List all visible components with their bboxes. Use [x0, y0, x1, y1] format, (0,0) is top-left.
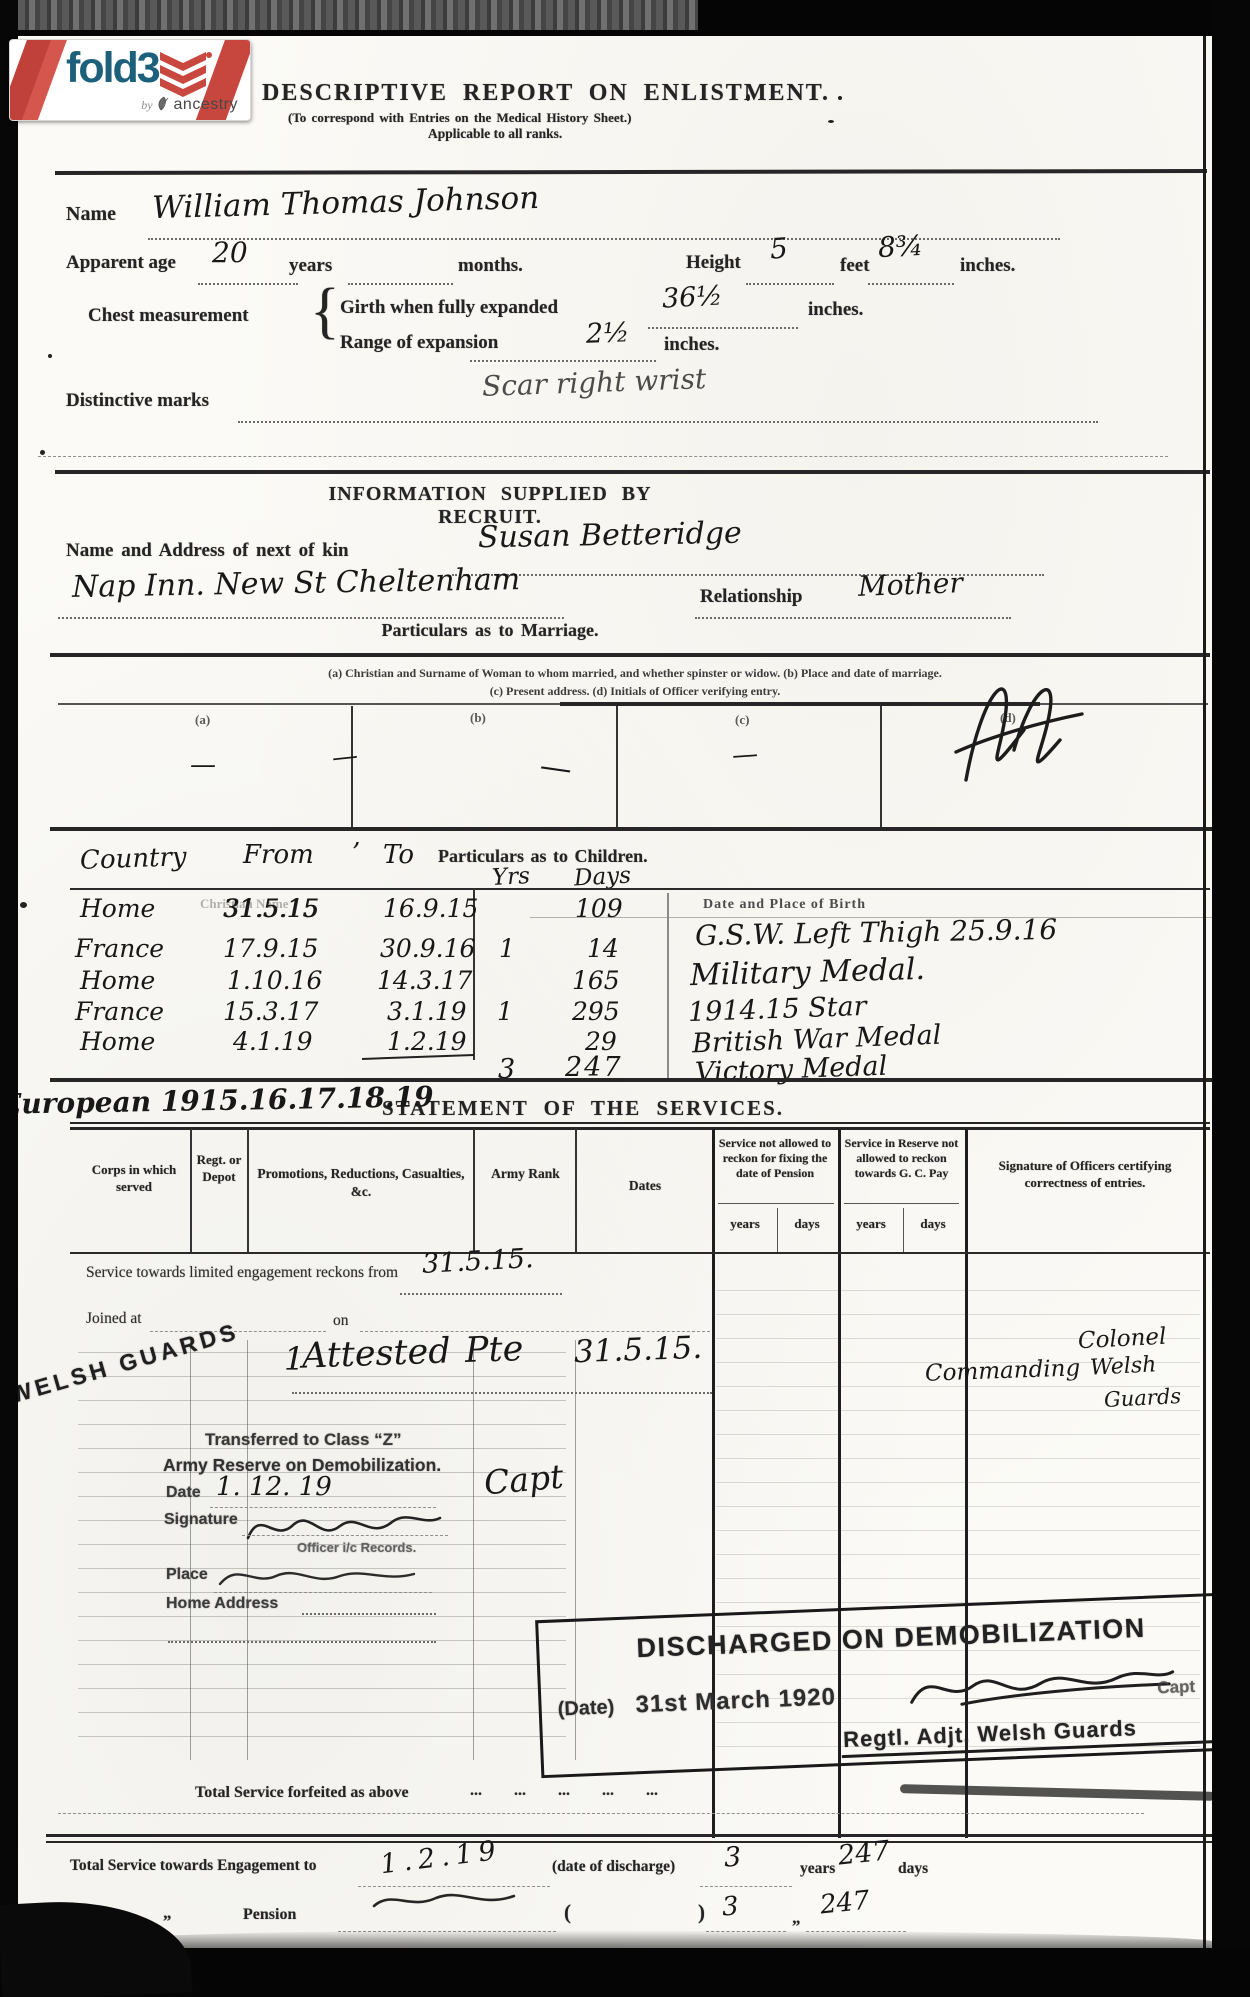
pension-days-value: 247	[819, 1885, 872, 1920]
row-from: 17.9.15	[223, 934, 318, 963]
row-country: Home	[80, 1027, 155, 1056]
transfer-place-underline	[214, 1592, 432, 1593]
relationship-label: Relationship	[700, 586, 802, 608]
col-regt: Regt. or Depot	[192, 1152, 246, 1186]
heavy-rule-4	[50, 827, 1212, 831]
row-to: 1.2.19	[387, 1027, 467, 1056]
attested-underline	[292, 1392, 712, 1394]
officer-commanding: Commanding	[925, 1355, 1081, 1386]
service-col-yrs: Yrs	[491, 863, 530, 891]
engagement-years-value: 3	[723, 1841, 742, 1873]
date-of-discharge-label: (date of discharge)	[552, 1858, 675, 1876]
inches-label: inches.	[960, 255, 1015, 277]
pension-label: Pension	[243, 1906, 296, 1924]
relationship-underline	[695, 617, 1011, 619]
apparent-age-label: Apparent age	[66, 252, 176, 274]
scan-speck	[20, 902, 27, 908]
document-subtitle2: Applicable to all ranks.	[428, 126, 562, 142]
row-to: 3.1.19	[387, 997, 467, 1026]
service-row: Home 1.10.16 14.3.17 165	[75, 966, 635, 1000]
discharge-date-value: 31st March 1920	[635, 1683, 836, 1719]
row-from: 31.5.15	[223, 894, 318, 923]
row-country: France	[75, 934, 164, 963]
scan-edge-right	[1212, 0, 1250, 1997]
medal-note-1: Military Medal.	[690, 952, 926, 993]
officer-rank: Colonel	[1077, 1324, 1167, 1355]
heavy-rule-2	[55, 470, 1210, 474]
discharge-signature-scribble	[900, 1643, 1182, 1716]
scan-edge-left	[0, 0, 18, 1997]
byline-prefix: by	[141, 98, 152, 112]
years-label: years	[289, 255, 332, 277]
scan-noise-top	[18, 0, 698, 30]
spacer-dotted-line	[38, 456, 1168, 457]
services-heading: STATEMENT OF THE SERVICES.	[382, 1096, 784, 1121]
age-underline	[198, 283, 298, 285]
table-top-rule-2	[70, 1127, 1210, 1130]
chest-label: Chest measurement	[88, 305, 249, 327]
girth-value: 36½	[661, 280, 723, 314]
officer-initials-signature	[952, 652, 1087, 807]
attested-date: 31.5.15.	[573, 1330, 702, 1370]
scan-speck	[838, 96, 842, 100]
girth-underline	[648, 327, 798, 329]
row-country: Home	[80, 966, 155, 995]
birth-label: Date and Place of Birth	[703, 897, 866, 913]
marriage-divider-3	[880, 706, 882, 828]
months-underline	[348, 283, 453, 285]
reckons-underline	[400, 1293, 562, 1295]
transfer-place-scribble	[214, 1556, 422, 1594]
logo-byline: by ancestry	[10, 96, 238, 114]
children-header-rule	[70, 888, 1210, 890]
pension-years-value: 3	[721, 1891, 740, 1922]
girth-label: Girth when fully expanded	[340, 297, 558, 319]
marriage-col-a: (a)	[195, 712, 210, 728]
row-days: 14	[587, 934, 619, 963]
pension-years-label: years	[716, 1216, 774, 1232]
scan-speck	[828, 120, 834, 123]
engagement-label: Total Service towards Engagement to	[70, 1857, 317, 1875]
row-from: 15.3.17	[223, 997, 318, 1026]
bottom-heavy-rule-1	[46, 1834, 1214, 1837]
reserve-years-days-divider	[903, 1208, 904, 1252]
pension-paren-close: )	[698, 1900, 705, 1925]
fold3-chevrons-icon	[158, 52, 212, 98]
discharge-stamp: DISCHARGED ON DEMOBILIZATION (Date) 31st…	[535, 1592, 1250, 1778]
marriage-heading: Particulars as to Marriage.	[330, 620, 650, 641]
service-col-from: From	[243, 840, 314, 870]
rank-entry: Pte	[464, 1329, 524, 1371]
kin-name-value: Susan Betteridge	[478, 516, 742, 556]
reckons-label: Service towards limited engagement recko…	[86, 1264, 398, 1282]
height-feet-value: 5	[769, 231, 789, 265]
service-col-country: Country	[80, 842, 188, 876]
marriage-divider-2	[616, 706, 618, 828]
home-address-label: Home Address	[166, 1595, 278, 1613]
inches-underline	[868, 283, 954, 285]
row-yrs: 1	[499, 934, 515, 963]
document-title: DESCRIPTIVE REPORT ON ENLISTMENT.	[262, 80, 830, 107]
kin-label: Name and Address of next of kin	[66, 540, 349, 562]
pension-ditto-single: „	[792, 1908, 801, 1928]
service-col-tick: ’	[352, 838, 360, 868]
home-address-dots	[302, 1613, 436, 1615]
wound-note: G.S.W. Left Thigh 25.9.16	[695, 913, 1058, 952]
reserve-sub-rule	[844, 1203, 959, 1204]
forfeited-underline	[58, 1813, 1144, 1814]
officer-unit-2: Guards	[1103, 1384, 1181, 1412]
table-divider	[473, 1129, 475, 1252]
chest-brace: {	[310, 276, 340, 347]
col-reserve: Service in Reserve not allowed to reckon…	[840, 1136, 963, 1181]
fold3-wordmark: fold3	[66, 44, 159, 93]
row-to: 14.3.17	[377, 966, 472, 995]
heavy-rule-5	[50, 1078, 1212, 1082]
fold3-watermark: fold3 by ancestry	[10, 40, 250, 120]
pension-row-squiggle	[368, 1886, 520, 1912]
col-dates: Dates	[580, 1178, 710, 1194]
name-underline	[148, 238, 1060, 240]
attested-entry: Attested	[301, 1331, 451, 1376]
row-to: 16.9.15	[383, 894, 478, 923]
forfeited-label: Total Service forfeited as above	[195, 1784, 409, 1802]
table-divider	[247, 1129, 249, 1252]
bottom-heavy-rule-2	[46, 1841, 1214, 1843]
row-days: 295	[572, 997, 620, 1026]
marriage-dash-b: —	[331, 741, 360, 774]
range-underline	[470, 360, 656, 362]
transfer-signature-label: Signature	[164, 1511, 238, 1529]
reserve-years-label: years	[842, 1216, 900, 1232]
row-country: France	[75, 997, 164, 1026]
marriage-col-c: (c)	[735, 712, 749, 728]
height-inches-value: 8¾	[877, 229, 924, 264]
discharge-date-label: (Date)	[557, 1696, 615, 1721]
col-corps: Corps in which served	[80, 1162, 188, 1196]
col-signature: Signature of Officers certifying correct…	[970, 1158, 1200, 1192]
days-unit-label: days	[898, 1860, 928, 1878]
officer-unit-1: Welsh	[1089, 1352, 1157, 1380]
row-days: 165	[572, 966, 620, 995]
pension-days-label: days	[780, 1216, 834, 1232]
table-header-bottom-rule	[70, 1252, 1210, 1254]
scanned-enlistment-document: { "logo": { "brand": "fold3", "byline_pr…	[0, 0, 1250, 1997]
marriage-col-b: (b)	[470, 710, 486, 726]
engagement-days-value: 247	[837, 1835, 892, 1871]
row-days: 109	[575, 894, 623, 923]
children-section-divider	[667, 893, 669, 1078]
scan-speck	[48, 354, 52, 358]
forfeited-dots: ... ... ... ... ...	[470, 1782, 658, 1800]
service-col-to: To	[383, 840, 414, 870]
document-subtitle: (To correspond with Entries on the Medic…	[288, 110, 632, 126]
marriage-dash-c: —	[538, 746, 575, 788]
pension-paren-open: (	[564, 1900, 571, 1925]
service-row: Home 31.5.15 16.9.15 109	[75, 894, 635, 928]
height-label: Height	[686, 252, 741, 274]
pension-years-days-divider	[777, 1208, 778, 1252]
row-from: 1.10.16	[227, 966, 322, 995]
pension-sub-rule	[718, 1203, 834, 1204]
feet-underline	[746, 283, 834, 285]
years-unit-label: years	[800, 1860, 835, 1878]
months-label: months.	[458, 255, 523, 277]
row-from: 4.1.19	[233, 1027, 313, 1056]
engagement-years-underline	[700, 1886, 792, 1887]
marks-underline	[238, 421, 1098, 423]
service-row: France 17.9.15 30.9.16 1 14	[75, 934, 635, 968]
byline-brand: ancestry	[174, 96, 238, 113]
address-underline	[58, 617, 564, 619]
records-officer-label: Officer i/c Records.	[297, 1540, 416, 1555]
extra-dotted-row	[168, 1641, 436, 1643]
transfer-rank-value: Capt	[482, 1457, 564, 1503]
marriage-dash-d: —	[731, 739, 759, 771]
joined-on-label: on	[333, 1312, 349, 1330]
table-divider	[190, 1129, 192, 1252]
scan-speck	[746, 94, 750, 101]
range-unit: inches.	[664, 334, 719, 356]
row-country: Home	[80, 894, 155, 923]
transfer-date-label: Date	[166, 1484, 201, 1502]
row-yrs: 1	[497, 997, 513, 1026]
transfer-line-1: Transferred to Class “Z”	[205, 1430, 402, 1450]
ancestry-leaf-icon	[157, 96, 170, 111]
table-divider	[575, 1129, 577, 1252]
relationship-value: Mother	[857, 566, 963, 603]
col-pension: Service not allowed to reckon for fixing…	[714, 1136, 836, 1181]
table-top-rule-1	[70, 1122, 1210, 1124]
marriage-dash-a: —	[190, 750, 216, 780]
col-rank: Army Rank	[478, 1165, 573, 1183]
range-label: Range of expansion	[340, 332, 498, 354]
row-to: 30.9.16	[380, 934, 475, 963]
service-row: Home 4.1.19 1.2.19 29	[75, 1027, 635, 1061]
joined-at-label: Joined at	[86, 1310, 142, 1328]
service-row: France 15.3.17 3.1.19 1 295	[75, 997, 635, 1031]
girth-unit: inches.	[808, 299, 863, 321]
name-label: Name	[66, 203, 116, 226]
range-value: 2½	[585, 317, 629, 349]
feet-label: feet	[840, 255, 870, 277]
marks-label: Distinctive marks	[66, 390, 209, 412]
discharge-sig-rank: Capt	[1157, 1677, 1196, 1699]
reserve-days-label: days	[906, 1216, 960, 1232]
transfer-place-label: Place	[166, 1566, 208, 1584]
scan-speck	[40, 450, 45, 455]
reckons-value: 31.5.15.	[421, 1243, 534, 1280]
col-promotions: Promotions, Reductions, Casualties, &c.	[252, 1165, 470, 1200]
apparent-age-value: 20	[212, 236, 248, 269]
transfer-signature-underline	[242, 1535, 448, 1536]
